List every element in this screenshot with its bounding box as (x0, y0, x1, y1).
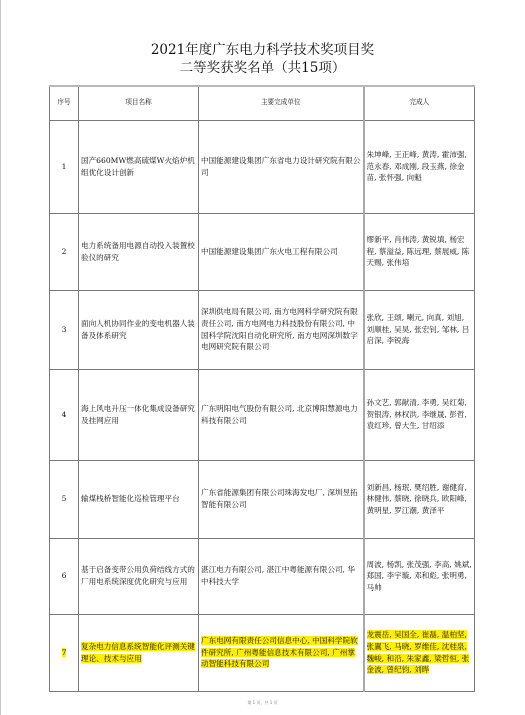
completion-persons: 龙震岳, 吴国全, 崔磊, 温柏坚, 张翼飞, 马晓, 罗维佳, 沈桂泉, 魏峻… (364, 614, 475, 691)
document-subtitle: 二等奖获奖名单（共15项） (0, 59, 525, 77)
table-row: 5 输煤栈桥智能化巡检管理平台 广东省能源集团有限公司珠海发电厂, 深圳昱拓智能… (50, 460, 475, 538)
completion-persons: 缪新平, 肖伟涛, 黄锐填, 杨宏程, 蔡溢益, 陈远理, 蔡展威, 陈天赐, … (364, 213, 475, 290)
completion-units: 中国能源建设集团广东火电工程有限公司 (199, 213, 364, 290)
table-row: 1 国产660MW燃高硫煤W火焰炉机组优化设计创新 中国能源建设集团广东省电力设… (50, 120, 475, 213)
row-index: 2 (50, 213, 79, 290)
completion-units: 广东明阳电气股份有限公司, 北京博阳慧源电力科技有限公司 (199, 369, 364, 460)
table-row-highlighted: 7 复杂电力信息系统智能化评测关键理论、技术与应用 广东电网有限责任公司信息中心… (50, 614, 475, 691)
completion-persons: 朱坤峰, 王正峰, 黄涛, 霍沛强, 范永春, 邓成刚, 段玉燕, 徐金苗, 张… (364, 120, 475, 213)
project-name: 海上风电升压一体化集成设备研究及挂网应用 (79, 369, 199, 460)
table-header-row: 序号 项目名称 主要完成单位 完成人 (50, 86, 475, 120)
page-footer: 第 1 页，共 1 页 (0, 700, 525, 706)
completion-persons: 周波, 杨凯, 张茂强, 李高, 姚斌, 郑国, 李宇璇, 邓和彪, 张明勇, … (364, 538, 475, 614)
completion-units: 中国能源建设集团广东省电力设计研究院有限公司 (199, 120, 364, 213)
project-name: 输煤栈桥智能化巡检管理平台 (79, 460, 199, 538)
header-index: 序号 (50, 86, 79, 120)
completion-units: 广东省能源集团有限公司珠海发电厂, 深圳昱拓智能有限公司 (199, 460, 364, 538)
header-persons: 完成人 (364, 86, 475, 120)
project-name: 复杂电力信息系统智能化评测关键理论、技术与应用 (79, 614, 199, 691)
header-units: 主要完成单位 (199, 86, 364, 120)
project-name: 面向人机协同作业的变电机器人装备及体系研究 (79, 290, 199, 369)
completion-persons: 孙文艺, 郭献清, 李勇, 吴红菊, 贺银涛, 林权洪, 李继晟, 彭哲, 袁红… (364, 369, 475, 460)
row-index: 3 (50, 290, 79, 369)
table-row: 3 面向人机协同作业的变电机器人装备及体系研究 深圳供电局有限公司, 南方电网科… (50, 290, 475, 369)
row-index: 5 (50, 460, 79, 538)
highlighted-text: 广东电网有限责任公司信息中心, 中国科学院软件研究所, 广州粤能信息技术有限公司… (201, 636, 358, 668)
page-edge (0, 0, 1, 715)
row-index: 6 (50, 538, 79, 614)
table-row: 4 海上风电升压一体化集成设备研究及挂网应用 广东明阳电气股份有限公司, 北京博… (50, 369, 475, 460)
row-index: 7 (50, 614, 79, 691)
document-title: 2021年度广东电力科学技术奖项目奖 (0, 41, 525, 59)
completion-units: 湛江电力有限公司, 湛江中粤能源有限公司, 华中科技大学 (199, 538, 364, 614)
highlighted-text: 复杂电力信息系统智能化评测关键理论、技术与应用 (81, 642, 195, 663)
completion-persons: 刘新昌, 杨珉, 樊绍胜, 谢健育, 林健伟, 蔡晓, 徐晓兵, 欧阳峰, 黄明… (364, 460, 475, 538)
row-index: 4 (50, 369, 79, 460)
project-name: 国产660MW燃高硫煤W火焰炉机组优化设计创新 (79, 120, 199, 213)
row-index: 1 (50, 120, 79, 213)
header-project: 项目名称 (79, 86, 199, 120)
project-name: 基于启备变带公用负荷结线方式的厂用电系统深度优化研究与应用 (79, 538, 199, 614)
completion-units: 深圳供电局有限公司, 南方电网科学研究院有限责任公司, 南方电网电力科技股份有限… (199, 290, 364, 369)
table-row: 2 电力系统备用电源自动投入装置校验仪的研究 中国能源建设集团广东火电工程有限公… (50, 213, 475, 290)
highlighted-text: 7 (62, 648, 67, 657)
completion-units: 广东电网有限责任公司信息中心, 中国科学院软件研究所, 广州粤能信息技术有限公司… (199, 614, 364, 691)
table-row: 6 基于启备变带公用负荷结线方式的厂用电系统深度优化研究与应用 湛江电力有限公司… (50, 538, 475, 614)
award-table: 序号 项目名称 主要完成单位 完成人 1 国产660MW燃高硫煤W火焰炉机组优化… (49, 85, 475, 692)
highlighted-text: 龙震岳, 吴国全, 崔磊, 温柏坚, 张翼飞, 马晓, 罗维佳, 沈桂泉, 魏峻… (367, 630, 470, 674)
completion-persons: 张欣, 王颂, 喇元, 向真, 刘旭, 刘顺桂, 吴昊, 张宏钊, 邹林, 吕启… (364, 290, 475, 369)
project-name: 电力系统备用电源自动投入装置校验仪的研究 (79, 213, 199, 290)
